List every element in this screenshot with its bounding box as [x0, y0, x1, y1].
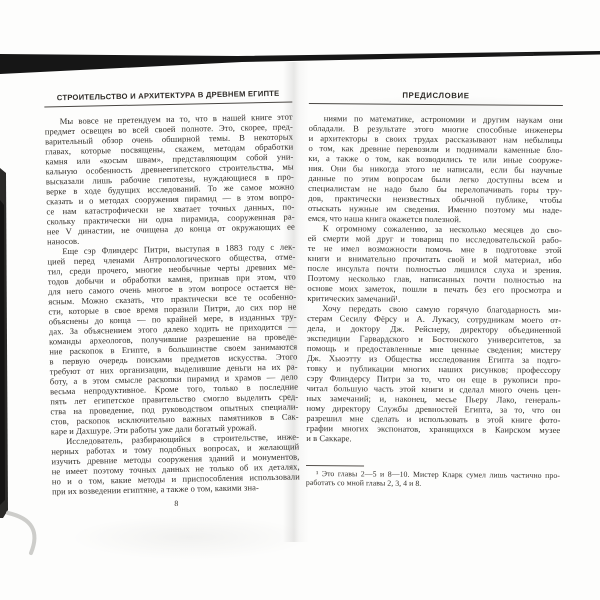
left-edge-shadow [0, 168, 8, 518]
right-running-header: ПРЕДИСЛОВИЕ [309, 87, 563, 101]
right-header-rule [309, 103, 563, 106]
paragraph: Мы вовсе не претендуем на то, что в наше… [45, 111, 296, 246]
footnote-separator [306, 464, 364, 465]
footnote: ¹ Это главы 2—5 и 8—10. Мистер Кларк сум… [306, 468, 560, 489]
scan-stain [70, 515, 310, 560]
left-running-header: СТРОИТЕЛЬСТВО И АРХИТЕКТУРА В ДРЕВНЕМ ЕГ… [44, 86, 292, 103]
paragraph: Еще сэр Флиндерс Питри, выступая в 1883 … [47, 241, 299, 436]
text-line: и в Саккаре. [306, 432, 560, 444]
page-number: 8 [52, 496, 300, 510]
book-photo: СТРОИТЕЛЬСТВО И АРХИТЕКТУРА В ДРЕВНЕМ ЕГ… [0, 0, 600, 600]
left-page-body: Мы вовсе не претендуем на то, что в наше… [45, 111, 301, 496]
left-header-rule [44, 101, 292, 107]
paragraph: К огромному сожалению, за несколько меся… [307, 222, 562, 304]
text-line: работать со мной главы 2, 3, 4 и 8. [306, 478, 560, 490]
paragraph: Хочу передать свою самую горячую благода… [306, 302, 561, 444]
top-edge-blob [500, 53, 534, 56]
paragraph: ниями по математике, астрономии и другим… [308, 113, 563, 225]
paragraph: Исследователь, разбирающийся в строитель… [51, 431, 300, 496]
page-curl-shadow [8, 513, 34, 553]
left-edge-core [0, 200, 5, 505]
left-page: СТРОИТЕЛЬСТВО И АРХИТЕКТУРА В ДРЕВНЕМ ЕГ… [44, 86, 300, 510]
right-page: ПРЕДИСЛОВИЕ ниями по математике, астроно… [306, 87, 563, 490]
paragraph: ¹ Это главы 2—5 и 8—10. Мистер Кларк сум… [306, 468, 560, 489]
right-page-body: ниями по математике, астрономии и другим… [306, 113, 563, 445]
